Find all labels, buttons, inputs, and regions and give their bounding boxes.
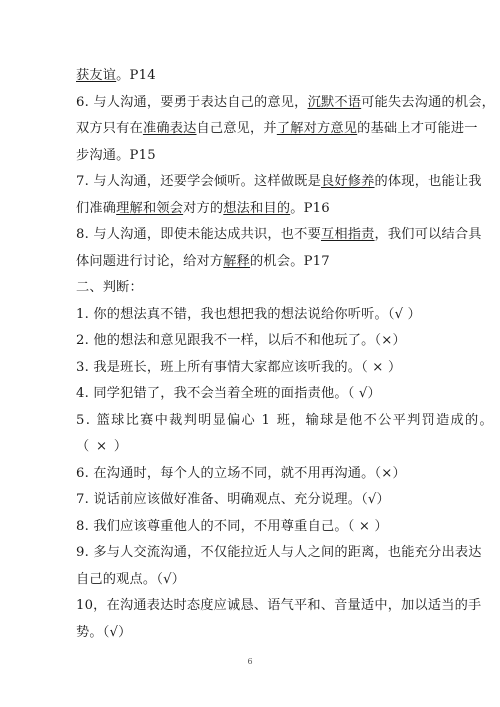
section-heading-judgment: 二、判断： (76, 275, 428, 302)
judgment-item-7: 7. 说话前应该做好准备、明确观点、充分说理。（√） (76, 487, 428, 514)
judgment-item-1: 1. 你的想法真不错，我也想把我的想法说给你听听。（√ ） (76, 302, 428, 329)
text: ，我们可以结合具 (375, 227, 482, 242)
text: 8. 与人沟通，即使未能达成共识，也不要 (76, 227, 321, 242)
judgment-item-10-line-2: 势。（√） (76, 620, 428, 647)
page-number: 6 (0, 657, 500, 666)
answer-underlined: 想法和目的 (223, 201, 290, 216)
answer-underlined: 理解和领会 (116, 201, 183, 216)
judgment-item-10-line-1: 10，在沟通表达时态度应诚恳、语气平和、音量适中，加以适当的手 (76, 593, 428, 620)
judgment-item-2: 2. 他的想法和意见跟我不一样，以后不和他玩了。（×） (76, 328, 428, 355)
answer-underlined: 获友谊 (76, 68, 116, 83)
text: 们准确 (76, 201, 116, 216)
fill-in-item-7-line-2: 们准确理解和领会对方的想法和目的。P16 (76, 196, 428, 223)
answer-underlined: 沉默不语 (308, 95, 362, 110)
text: 自己意见，并 (197, 121, 277, 136)
fill-in-item-8-line-1: 8. 与人沟通，即使未能达成共识，也不要互相指责，我们可以结合具 (76, 222, 428, 249)
fill-in-item-5-tail: 获友谊。P14 (76, 63, 428, 90)
fill-in-item-8-line-2: 体问题进行讨论，给对方解释的机会。P17 (76, 249, 428, 276)
page-reference: 。P14 (116, 68, 156, 83)
text: 可能失去沟通的机会， (361, 95, 495, 110)
judgment-item-3: 3. 我是班长，班上所有事情大家都应该听我的。（ × ） (76, 355, 428, 382)
text: 的机会。P17 (250, 254, 330, 269)
answer-underlined: 互相指责 (321, 227, 375, 242)
judgment-item-6: 6. 在沟通时，每个人的立场不同，就不用再沟通。（×） (76, 461, 428, 488)
text: 体问题进行讨论，给对方 (76, 254, 223, 269)
text: 的基础上才可能进一 (357, 121, 478, 136)
document-page: 获友谊。P14 6. 与人沟通，要勇于表达自己的意见，沉默不语可能失去沟通的机会… (0, 0, 500, 707)
text: 双方只有在 (76, 121, 143, 136)
judgment-item-9-line-1: 9. 多与人交流沟通，不仅能拉近人与人之间的距离，也能充分出表达 (76, 540, 428, 567)
judgment-item-8: 8. 我们应该尊重他人的不同，不用尊重自己。（ × ） (76, 514, 428, 541)
text: 。P16 (290, 201, 330, 216)
judgment-item-5-answer: （ × ） (76, 434, 428, 461)
answer-underlined: 了解对方意见 (277, 121, 357, 136)
answer-underlined: 准确表达 (143, 121, 197, 136)
fill-in-item-6-line-2: 双方只有在准确表达自己意见，并了解对方意见的基础上才可能进一 (76, 116, 428, 143)
page-content: 获友谊。P14 6. 与人沟通，要勇于表达自己的意见，沉默不语可能失去沟通的机会… (76, 63, 428, 646)
text: 7. 与人沟通，还要学会倾听。这样做既是 (76, 174, 321, 189)
fill-in-item-6-line-1: 6. 与人沟通，要勇于表达自己的意见，沉默不语可能失去沟通的机会， (76, 90, 428, 117)
judgment-item-9-line-2: 自己的观点。（√） (76, 567, 428, 594)
judgment-item-4: 4. 同学犯错了，我不会当着全班的面指责他。（ √） (76, 381, 428, 408)
answer-underlined: 良好修养 (321, 174, 375, 189)
fill-in-item-6-line-3: 步沟通。P15 (76, 143, 428, 170)
answer-underlined: 解释 (223, 254, 250, 269)
judgment-item-5: 5. 篮球比赛中裁判明显偏心 1 班，输球是他不公平判罚造成的。 (76, 408, 428, 435)
text: 6. 与人沟通，要勇于表达自己的意见， (76, 95, 308, 110)
text: 对方的 (183, 201, 223, 216)
text: 的体现，也能让我 (375, 174, 482, 189)
fill-in-item-7-line-1: 7. 与人沟通，还要学会倾听。这样做既是良好修养的体现，也能让我 (76, 169, 428, 196)
